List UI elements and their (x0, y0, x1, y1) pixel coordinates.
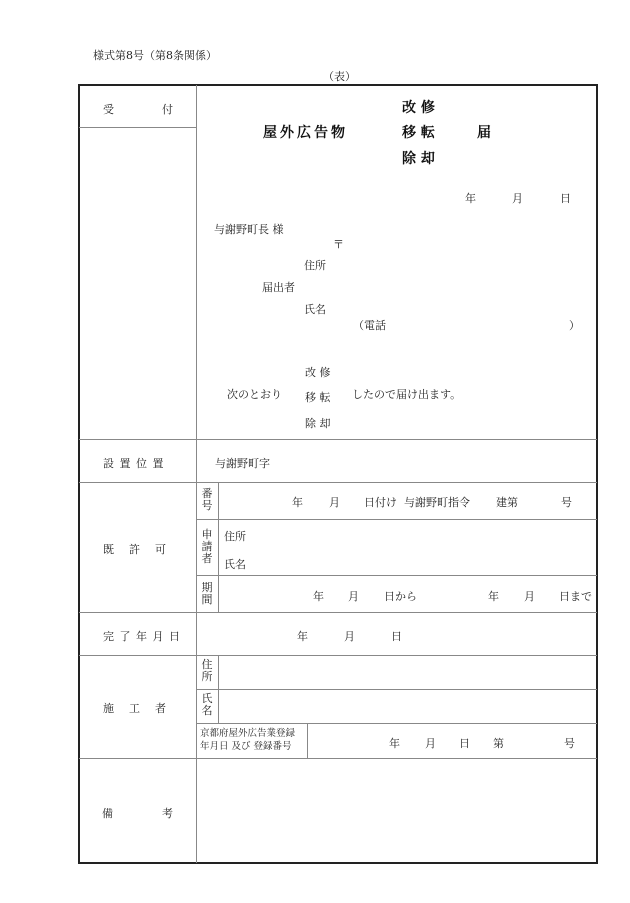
form-number: 様式第8号（第8条関係） (93, 47, 217, 63)
statement-prefix: 次のとおり (227, 386, 282, 402)
statement-option-remove: 除 却 (305, 415, 331, 431)
column-divider (196, 85, 197, 863)
remarks-label-right: 考 (162, 805, 173, 821)
phone-close: ） (569, 317, 580, 333)
contractor-address-label: 住所 (200, 659, 214, 683)
remarks-field[interactable] (198, 760, 596, 862)
completion-year: 年 (297, 628, 308, 644)
row-divider (196, 575, 597, 576)
receipt-stamp-area[interactable] (80, 129, 195, 438)
registration-year: 年 (389, 735, 400, 751)
phone-open: （電話 (353, 317, 386, 333)
row-divider (196, 689, 597, 690)
applicant-role-label: 届出者 (262, 279, 295, 295)
contractor-label: 施 工 者 (103, 700, 168, 716)
title-suffix: 届 (477, 122, 491, 142)
row-divider (196, 519, 597, 520)
registration-month: 月 (425, 735, 436, 751)
permit-number-label: 番号 (200, 488, 214, 512)
permit-applicant-label: 申請者 (200, 529, 214, 565)
row-divider (196, 723, 597, 724)
permit-month: 月 (329, 494, 340, 510)
statement-suffix: したので届け出ます。 (352, 386, 461, 402)
permit-year: 年 (292, 494, 303, 510)
receipt-divider (79, 127, 196, 128)
date-month: 月 (512, 190, 523, 206)
permit-authority: 与謝野町指令 (404, 494, 470, 510)
row-divider (79, 758, 597, 759)
period-to-month: 月 (524, 588, 535, 604)
statement-option-repair: 改 修 (305, 364, 331, 380)
existing-permit-label: 既 許 可 (103, 541, 168, 557)
registration-label-2: 年月日 及び 登録番号 (200, 740, 292, 754)
permit-period-label: 期間 (200, 582, 214, 606)
contractor-address-field[interactable] (220, 657, 596, 688)
title-option-remove: 除 却 (402, 148, 435, 168)
row-divider (79, 482, 597, 483)
period-from-year: 年 (313, 588, 324, 604)
remarks-label-left: 備 (102, 805, 113, 821)
registration-label-1: 京都府屋外広告業登録 (200, 727, 295, 741)
period-from-day: 日から (384, 588, 417, 604)
receipt-label-left: 受 (103, 101, 114, 117)
contractor-name-field[interactable] (220, 691, 596, 722)
registration-suffix: 号 (564, 735, 575, 751)
row-divider (79, 439, 597, 440)
permit-number-prefix: 建第 (496, 494, 518, 510)
row-divider (79, 612, 597, 613)
addressee: 与謝野町長 様 (214, 221, 284, 237)
title-option-repair: 改 修 (402, 97, 435, 117)
permit-applicant-address[interactable]: 住所 (224, 528, 246, 544)
permit-number-suffix: 号 (561, 494, 572, 510)
applicant-name-label: 氏名 (304, 301, 326, 317)
sublabel-divider (218, 655, 219, 723)
registration-divider (307, 723, 308, 758)
postal-mark: 〒 (333, 236, 344, 252)
sublabel-divider (218, 482, 219, 612)
period-to-day: 日まで (559, 588, 592, 604)
statement-option-relocate: 移 転 (305, 389, 331, 405)
applicant-address-label: 住所 (304, 257, 326, 273)
period-from-month: 月 (348, 588, 359, 604)
registration-prefix: 第 (493, 735, 504, 751)
date-day: 日 (560, 190, 571, 206)
row-divider (79, 655, 597, 656)
completion-month: 月 (344, 628, 355, 644)
title-option-relocate: 移 転 (402, 122, 435, 142)
completion-day: 日 (391, 628, 402, 644)
completion-label: 完 了 年 月 日 (103, 628, 181, 644)
location-label: 設 置 位 置 (103, 455, 165, 471)
registration-day: 日 (459, 735, 470, 751)
contractor-name-label: 氏名 (200, 693, 214, 717)
form-side-label: （表） (323, 68, 356, 84)
permit-date-suffix: 日付け (364, 494, 397, 510)
receipt-label-right: 付 (162, 101, 173, 117)
title-subject: 屋外広告物 (263, 122, 348, 142)
location-value[interactable]: 与謝野町字 (215, 455, 270, 471)
permit-applicant-name[interactable]: 氏名 (224, 556, 246, 572)
date-year: 年 (465, 190, 476, 206)
period-to-year: 年 (488, 588, 499, 604)
